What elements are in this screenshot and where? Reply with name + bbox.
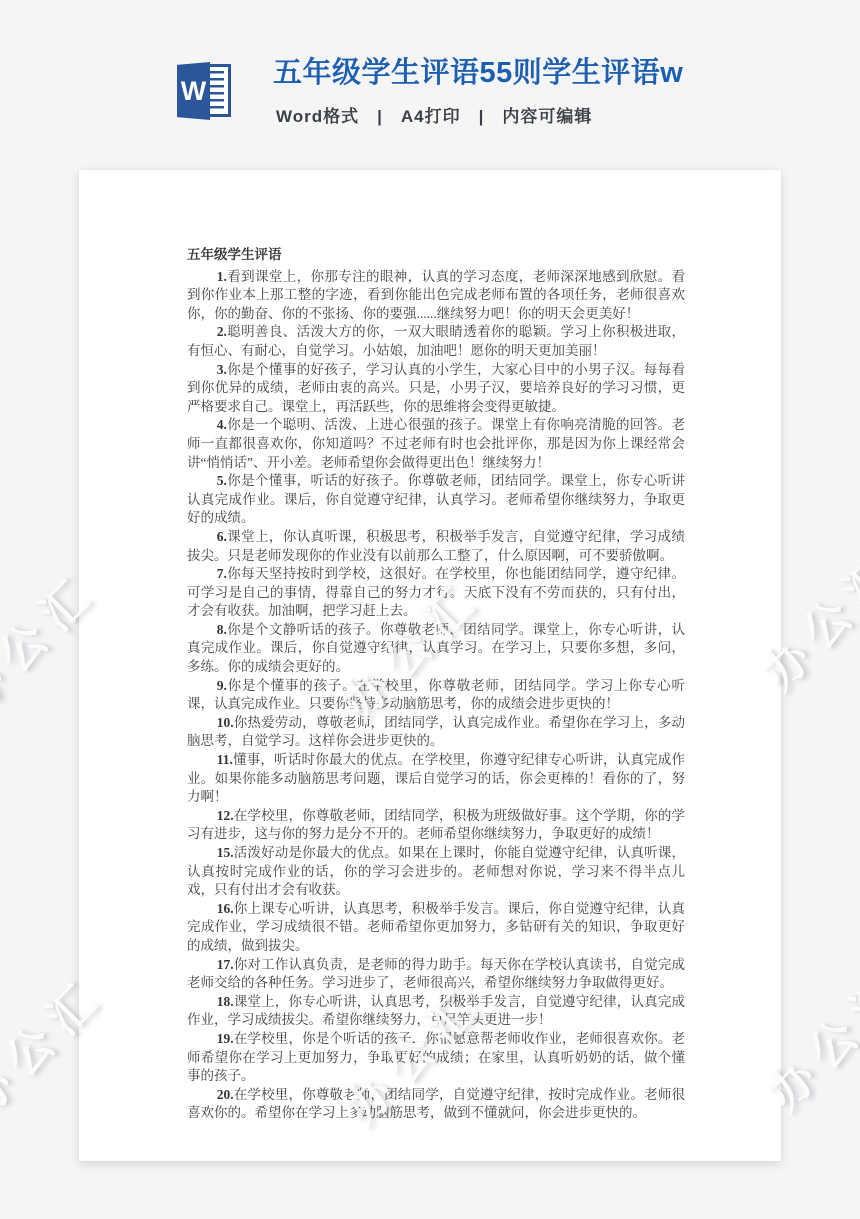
document-body: 五年级学生评语 1.看到课堂上，你那专注的眼神，认真的学习态度，老师深深地感到欣… — [79, 170, 781, 1123]
paragraph: 15.活泼好动是你最大的优点。如果在上课时，你能自觉遵守纪律，认真听课，认真按时… — [187, 844, 685, 900]
document-title: 五年级学生评语 — [187, 246, 685, 265]
paragraph-number: 3. — [217, 362, 227, 377]
page-title: 五年级学生评语55则学生评语w — [273, 56, 683, 90]
document-page: 五年级学生评语 1.看到课堂上，你那专注的眼神，认真的学习态度，老师深深地感到欣… — [79, 170, 781, 1161]
format-info-line: Word格式 | A4打印 | 内容可编辑 — [276, 102, 592, 127]
paragraph: 16.你上课专心听讲，认真思考，积极举手发言。课后，你自觉遵守纪律，认真完成作业… — [187, 900, 685, 956]
header: W 五年级学生评语55则学生评语w Word格式 | A4打印 | 内容可编辑 — [0, 0, 860, 170]
paragraph: 11.懂事，听话时你最大的优点。在学校里，你遵守纪律专心听讲，认真完成作业。如果… — [187, 751, 685, 807]
paragraph: 9.你是个懂事的孩子。在学校里，你尊敬老师，团结同学。学习上你专心听课，认真完成… — [187, 677, 685, 714]
paragraph: 8.你是个文静听话的孩子。你尊敬老师，团结同学。课堂上，你专心听讲，认真完成作业… — [187, 621, 685, 677]
paragraph: 4.你是一个聪明、活泼、上进心很强的孩子。课堂上有你响亮清脆的回答。老师一直都很… — [187, 416, 685, 472]
paragraph-number: 8. — [217, 622, 227, 637]
paragraph-number: 5. — [217, 473, 227, 488]
paragraph-number: 1. — [217, 269, 227, 284]
paragraph-number: 6. — [217, 529, 227, 544]
paragraph: 17.你对工作认真负责，是老师的得力助手。每天你在学校认真读书，自觉完成老师交给… — [187, 956, 685, 993]
document-preview-screen: { "header": { "icon_letter": "W", "title… — [0, 0, 860, 1219]
paragraph-number: 16. — [217, 901, 234, 916]
paragraph-number: 7. — [217, 566, 227, 581]
paragraph-number: 2. — [217, 324, 227, 339]
paragraph-number: 4. — [217, 417, 227, 432]
word-file-icon: W — [177, 61, 233, 121]
paragraph: 12.在学校里，你尊敬老师，团结同学，积极为班级做好事。这个学期，你的学习有进步… — [187, 807, 685, 844]
paragraph-number: 12. — [217, 808, 234, 823]
paragraph-number: 15. — [217, 845, 234, 860]
paragraph: 10.你热爱劳动，尊敬老师，团结同学，认真完成作业。希望你在学习上，多动脑思考，… — [187, 714, 685, 751]
word-icon-w-panel: W — [177, 62, 210, 120]
paragraph-list: 1.看到课堂上，你那专注的眼神，认真的学习态度，老师深深地感到欣慰。看到你作业本… — [187, 268, 685, 1123]
paragraph: 18.课堂上，你专心听讲，认真思考，积极举手发言，自觉遵守纪律，认真完成作业，学… — [187, 993, 685, 1030]
paragraph-number: 18. — [217, 994, 234, 1009]
paragraph: 20.在学校里，你尊敬老师，团结同学，自觉遵守纪律，按时完成作业。老师很喜欢你的… — [187, 1086, 685, 1123]
paragraph: 2.聪明善良、活泼大方的你，一双大眼睛透着你的聪颖。学习上你积极进取，有恒心、有… — [187, 323, 685, 360]
paragraph-number: 9. — [217, 678, 227, 693]
paragraph-number: 19. — [217, 1031, 234, 1046]
paragraph: 7.你每天坚持按时到学校，这很好。在学校里，你也能团结同学，遵守纪律。可学习是自… — [187, 565, 685, 621]
word-icon-letter: W — [181, 76, 206, 107]
paragraph: 6.课堂上，你认真听课，积极思考，积极举手发言，自觉遵守纪律，学习成绩拔尖。只是… — [187, 528, 685, 565]
paragraph: 3.你是个懂事的好孩子，学习认真的小学生，大家心目中的小男子汉。每每看到你优异的… — [187, 361, 685, 417]
paragraph-number: 20. — [217, 1087, 234, 1102]
paragraph: 5.你是个懂事，听话的好孩子。你尊敬老师，团结同学。课堂上，你专心听讲认真完成作… — [187, 472, 685, 528]
paragraph: 19.在学校里，你是个听话的孩子，你很愿意帮老师收作业，老师很喜欢你。老师希望你… — [187, 1030, 685, 1086]
paragraph: 1.看到课堂上，你那专注的眼神，认真的学习态度，老师深深地感到欣慰。看到你作业本… — [187, 268, 685, 324]
paragraph-number: 17. — [217, 957, 234, 972]
paragraph-number: 10. — [217, 715, 234, 730]
paragraph-number: 11. — [217, 752, 233, 767]
